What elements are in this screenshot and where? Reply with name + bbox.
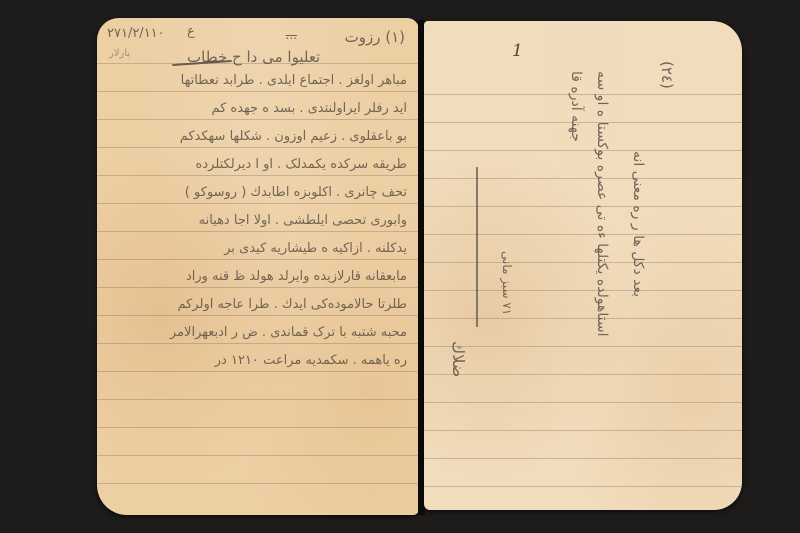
- ruled-line: [97, 91, 419, 92]
- vertical-text-column: بعد دکل ها ر ره معنی انه: [630, 151, 646, 297]
- left-notebook-page: ٢٧١/٢/١١٠ ع ... (١) رزوت تعلیوا مى دا ح …: [97, 18, 419, 515]
- signature: ضلاك: [449, 341, 468, 377]
- ruled-line: [424, 374, 742, 375]
- ruled-line: [424, 290, 742, 291]
- ruled-line: [97, 203, 419, 204]
- ruled-line: [424, 430, 742, 431]
- ruled-line: [97, 371, 419, 372]
- ruled-line: [424, 402, 742, 403]
- ruled-line: [97, 483, 419, 484]
- ruled-line: [97, 343, 419, 344]
- ruled-line: [97, 231, 419, 232]
- text-line: طریقه سرکده یکمدلک . او ا دیرلکتلرده: [196, 157, 407, 172]
- text-line: مابعقانه قارلازیده وایرلد هولد ظ قنه ورا…: [186, 269, 407, 284]
- right-notebook-page: 1 (٢٤) استاهولده یکتلها ءه تی عصره بوکست…: [424, 21, 742, 510]
- text-line: وابوری تحصی ایلطشی . اولا اجا دهیانه: [199, 213, 407, 228]
- ruled-line: [97, 259, 419, 260]
- ruled-line: [97, 287, 419, 288]
- ruled-line: [424, 206, 742, 207]
- text-line: مباهر اولغز . اجتماع ایلدی . طرابد تعطات…: [181, 73, 407, 88]
- ruled-line: [424, 234, 742, 235]
- text-line: یدکلنه . ازاکیه ه طیشاریه کیدی بر: [224, 241, 407, 256]
- ruled-line: [97, 315, 419, 316]
- ruled-line: [424, 178, 742, 179]
- header-date: ٢٧١/٢/١١٠: [107, 26, 165, 41]
- ruled-line: [424, 458, 742, 459]
- ruled-line: [97, 455, 419, 456]
- text-line: ره یاهمه . سکمدیه مراعت ١٢١٠ در: [215, 353, 407, 368]
- ruled-line: [424, 486, 742, 487]
- text-line: بو باعقلوی . زعیم اوزون . شکلها سهکدکم: [180, 129, 407, 144]
- vertical-stroke: [476, 167, 478, 327]
- text-line: اید رفلر ایراولنتدی . بسد ه جهده کم: [211, 101, 407, 116]
- ruled-line: [97, 427, 419, 428]
- vertical-text-column: استاهولده یکتلها ءه تی عصره بوکستا ه او …: [594, 71, 610, 337]
- sub-note: بارلار: [109, 48, 130, 59]
- ruled-line: [424, 150, 742, 151]
- header-mark: ع: [187, 24, 195, 39]
- header-crossed-out: ...: [227, 28, 297, 42]
- ruled-line: [97, 119, 419, 120]
- ruled-line: [424, 262, 742, 263]
- ruled-line: [97, 399, 419, 400]
- header-numbered-label: (١) رزوت: [345, 28, 405, 46]
- margin-note: ٧١ سبز مانی: [500, 251, 514, 315]
- ruled-line: [97, 147, 419, 148]
- page-number: 1: [512, 41, 523, 61]
- ruled-line: [424, 318, 742, 319]
- text-line: محبه شتبه با ترک قماندی . ض ر ادبعهرالام…: [170, 325, 407, 340]
- vertical-note-bracket: (٢٤): [658, 61, 676, 89]
- text-line: طلرتا حالاموده‌کی ایدك . طرا عاجه اولرکم: [177, 297, 407, 312]
- text-line: تحف چانری . اکلوبزه اطابدك ( روسوکو ): [185, 185, 407, 200]
- vertical-text-column: جهنه آدره قا: [568, 71, 584, 142]
- ruled-line: [97, 175, 419, 176]
- ruled-line: [424, 346, 742, 347]
